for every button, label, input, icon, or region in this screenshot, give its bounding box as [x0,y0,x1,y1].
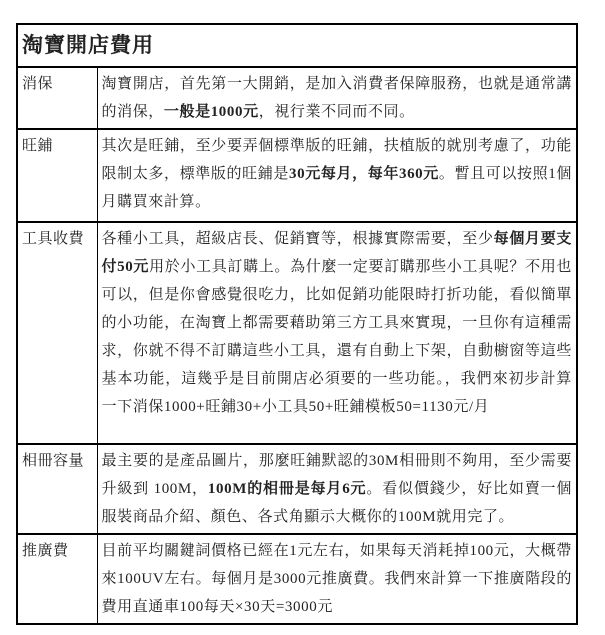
row-content: 淘寶開店，首先第一大開銷，是加入消費者保障服務，也就是通常講的消保，一般是100… [97,67,577,129]
title-row: 淘寶開店費用 [17,24,577,67]
table-row: 相冊容量 最主要的是產品圖片，那麼旺鋪默認的30M相冊則不夠用，至少需要升級到 … [17,444,577,534]
row-label: 旺鋪 [17,129,97,222]
table-body: 消保 淘寶開店，首先第一大開銷，是加入消費者保障服務，也就是通常講的消保，一般是… [17,67,577,624]
row-content: 最主要的是產品圖片，那麼旺鋪默認的30M相冊則不夠用，至少需要升級到 100M，… [97,444,577,534]
document-page: 淘寶開店費用 消保 淘寶開店，首先第一大開銷，是加入消費者保障服務，也就是通常講… [0,0,605,635]
text-segment: ，視行業不同而不同。 [259,104,415,120]
text-segment: 各種小工具，超級店長、促銷寶等，根據實際需要，至少 [102,231,494,247]
table-title: 淘寶開店費用 [17,24,577,67]
text-segment: 用於小工具訂購上。為什麼一定要訂購那些小工具呢？不用也可以，但是你會感覺很吃力，… [102,259,573,415]
table-row: 消保 淘寶開店，首先第一大開銷，是加入消費者保障服務，也就是通常講的消保，一般是… [17,67,577,129]
table-row: 推廣費 目前平均關鍵詞價格已經在1元左右，如果每天消耗掉100元，大概帶來100… [17,534,577,624]
row-content: 目前平均關鍵詞價格已經在1元左右，如果每天消耗掉100元，大概帶來100UV左右… [97,534,577,624]
row-label: 消保 [17,67,97,129]
row-content: 各種小工具，超級店長、促銷寶等，根據實際需要，至少每個月要支付50元用於小工具訂… [97,222,577,444]
text-segment: 一般是1000元 [164,104,259,120]
row-content: 其次是旺鋪，至少要弄個標準版的旺鋪，扶植版的就別考慮了，功能限制太多，標準版的旺… [97,129,577,222]
cost-table: 淘寶開店費用 消保 淘寶開店，首先第一大開銷，是加入消費者保障服務，也就是通常講… [16,23,578,625]
text-segment: 100M的相冊是每月6元 [208,481,366,497]
row-label: 工具收費 [17,222,97,444]
table-row: 旺鋪 其次是旺鋪，至少要弄個標準版的旺鋪，扶植版的就別考慮了，功能限制太多，標準… [17,129,577,222]
row-label: 推廣費 [17,534,97,624]
text-segment: 30元每月，每年360元 [289,166,439,182]
text-segment: 目前平均關鍵詞價格已經在1元左右，如果每天消耗掉100元，大概帶來100UV左右… [102,543,573,615]
table-row: 工具收費 各種小工具，超級店長、促銷寶等，根據實際需要，至少每個月要支付50元用… [17,222,577,444]
row-label: 相冊容量 [17,444,97,534]
